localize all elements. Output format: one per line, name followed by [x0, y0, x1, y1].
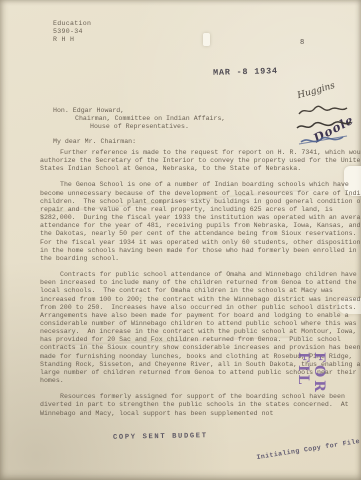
paragraph: Resources formerly assigned for support …: [40, 393, 361, 417]
page-marker: 8: [300, 39, 304, 47]
received-date-stamp: MAR -8 1934: [213, 66, 278, 78]
file-ref-line: Education: [53, 20, 91, 28]
recipient-address-block: Hon. Edgar Howard, Chairman, Committee o…: [53, 107, 225, 132]
recipient-line: Hon. Edgar Howard,: [53, 107, 225, 115]
recipient-line: Chairman, Committee on Indian Affairs,: [53, 115, 225, 123]
handwritten-name-huggins: Huggins: [296, 81, 336, 101]
paragraph: The Genoa School is one of a number of I…: [40, 181, 361, 263]
file-ref-line: R H H: [53, 36, 91, 44]
copy-sent-budget-stamp: COPY SENT BUDGET: [113, 432, 208, 442]
file-ref-line: 5390-34: [53, 28, 91, 36]
salutation: My dear Mr. Chairman:: [53, 138, 136, 145]
paper-defect: [203, 33, 210, 46]
file-reference-block: Education 5390-34 R H H: [53, 20, 91, 44]
recipient-line: House of Representatives.: [53, 123, 225, 131]
handwritten-initial-scribbles: [293, 100, 359, 170]
initialing-copy-stamp: Initialing Copy for File: [256, 438, 360, 461]
for-file-stamp: FOR FIL: [295, 352, 327, 395]
scanned-letter-page: Education 5390-34 R H H 8 MAR -8 1934 Ho…: [0, 0, 361, 480]
